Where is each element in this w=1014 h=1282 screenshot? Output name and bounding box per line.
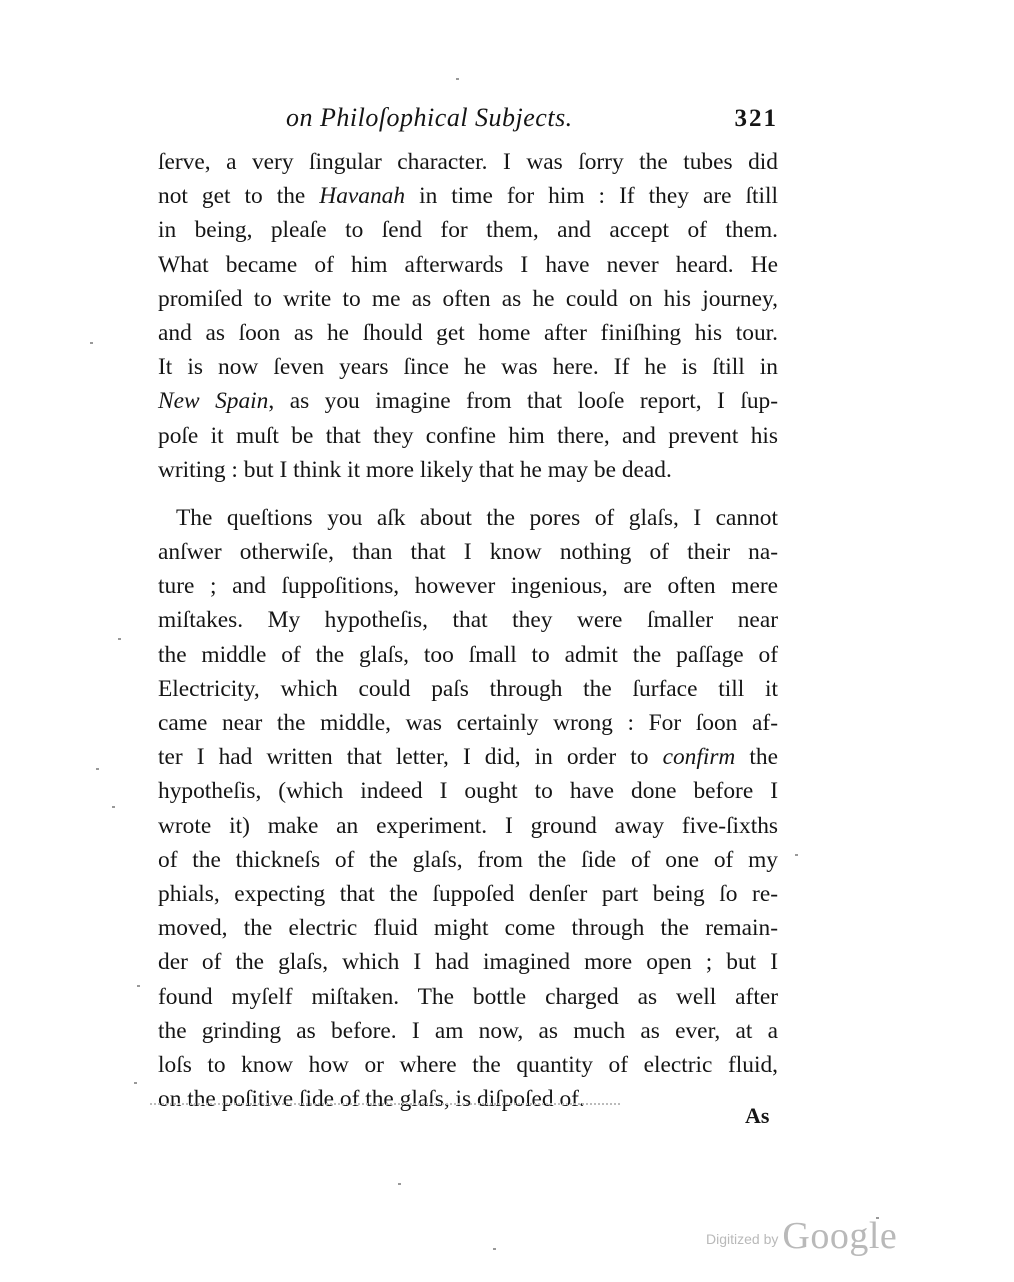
- text-line: ter I had written that letter, I did, in…: [158, 740, 778, 774]
- text-line: loſs to know how or where the quantity o…: [158, 1048, 778, 1082]
- text-line: of the thickneſs of the glaſs, from the …: [158, 843, 778, 877]
- text-line: on the poſitive ſide of the glaſs, is di…: [158, 1082, 778, 1116]
- text-line: the grinding as before. I am now, as muc…: [158, 1014, 778, 1048]
- text-line: in being, pleaſe to ſend for them, and a…: [158, 213, 778, 247]
- watermark-prefix: Digitized by: [706, 1231, 778, 1247]
- scan-speck: [876, 1217, 879, 1219]
- text-line: Electricity, which could paſs through th…: [158, 672, 778, 706]
- running-title: on Philoſophical Subjects.: [286, 103, 573, 133]
- digitized-by-google-watermark: Digitized by Google: [706, 1214, 897, 1258]
- scan-speck: [137, 985, 140, 987]
- running-head: on Philoſophical Subjects. 321: [158, 103, 778, 139]
- page-number: 321: [735, 105, 779, 133]
- italic-text: confirm: [663, 744, 736, 770]
- text-line: It is now ſeven years ſince he was here.…: [158, 350, 778, 384]
- italic-text: New Spain: [158, 388, 268, 414]
- scan-speck: [493, 1248, 496, 1250]
- text-line: the middle of the glaſs, too ſmall to ad…: [158, 638, 778, 672]
- text-line: The queſtions you aſk about the pores of…: [158, 501, 778, 535]
- text-line: ture ; and ſuppoſitions, however ingenio…: [158, 569, 778, 603]
- scan-speck: [134, 1082, 137, 1084]
- text-line: miſtakes. My hypotheſis, that they were …: [158, 603, 778, 637]
- scan-speck: [398, 1183, 401, 1185]
- text-line: and as ſoon as he ſhould get home after …: [158, 316, 778, 350]
- book-page: on Philoſophical Subjects. 321 ſerve, a …: [0, 0, 1014, 1282]
- text-line: promiſed to write to me as often as he c…: [158, 282, 778, 316]
- catchword: As: [745, 1103, 769, 1129]
- body-text: ſerve, a very ſingular character. I was …: [158, 145, 778, 1116]
- text-line: der of the glaſs, which I had imagined m…: [158, 945, 778, 979]
- text-line: poſe it muſt be that they confine him th…: [158, 419, 778, 453]
- scan-speck: [118, 638, 121, 640]
- text-line: not get to the Havanah in time for him :…: [158, 179, 778, 213]
- bottom-rule: [150, 1103, 620, 1105]
- scan-speck: [96, 768, 99, 770]
- text-line: anſwer otherwiſe, than that I know nothi…: [158, 535, 778, 569]
- text-line: ſerve, a very ſingular character. I was …: [158, 145, 778, 179]
- text-line: moved, the electric fluid might come thr…: [158, 911, 778, 945]
- text-line: What became of him afterwards I have nev…: [158, 248, 778, 282]
- scan-speck: [456, 78, 459, 80]
- text-line: found myſelf miſtaken. The bottle charge…: [158, 980, 778, 1014]
- scan-speck: [795, 854, 798, 856]
- scan-speck: [112, 806, 115, 808]
- text-line: writing : but I think it more likely tha…: [158, 453, 778, 487]
- paragraph-gap: [158, 487, 778, 501]
- google-logo: Google: [782, 1215, 897, 1257]
- italic-text: Havanah: [319, 183, 405, 209]
- text-line: hypotheſis, (which indeed I ought to hav…: [158, 774, 778, 808]
- scan-speck: [90, 342, 93, 344]
- text-line: phials, expecting that the ſuppoſed denſ…: [158, 877, 778, 911]
- text-line: wrote it) make an experiment. I ground a…: [158, 809, 778, 843]
- text-line: New Spain, as you imagine from that looſ…: [158, 384, 778, 418]
- text-line: came near the middle, was certainly wron…: [158, 706, 778, 740]
